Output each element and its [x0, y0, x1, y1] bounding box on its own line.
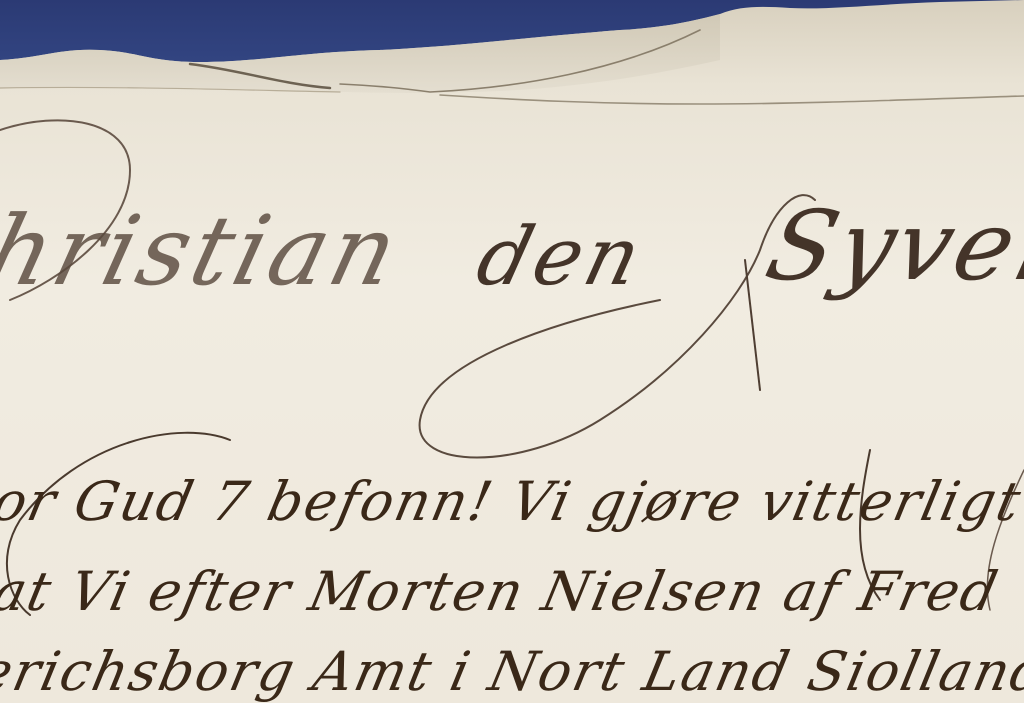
manuscript-paper: hristian den Syven or Gud 7 befonn! Vi g… — [0, 0, 1024, 703]
photo-scene: hristian den Syven or Gud 7 befonn! Vi g… — [0, 0, 1024, 703]
manuscript-line-3: erichsborg Amt i Nort Land Siolland — [0, 640, 1024, 703]
manuscript-line-2: at Vi efter Morten Nielsen af Fred — [0, 560, 1005, 623]
heading-den: den — [468, 210, 653, 303]
manuscript-line-1: or Gud 7 befonn! Vi gjøre vitterligt — [0, 470, 1024, 533]
heading-christian: hristian — [0, 195, 412, 307]
heading-syvende: Syven — [756, 190, 1024, 302]
